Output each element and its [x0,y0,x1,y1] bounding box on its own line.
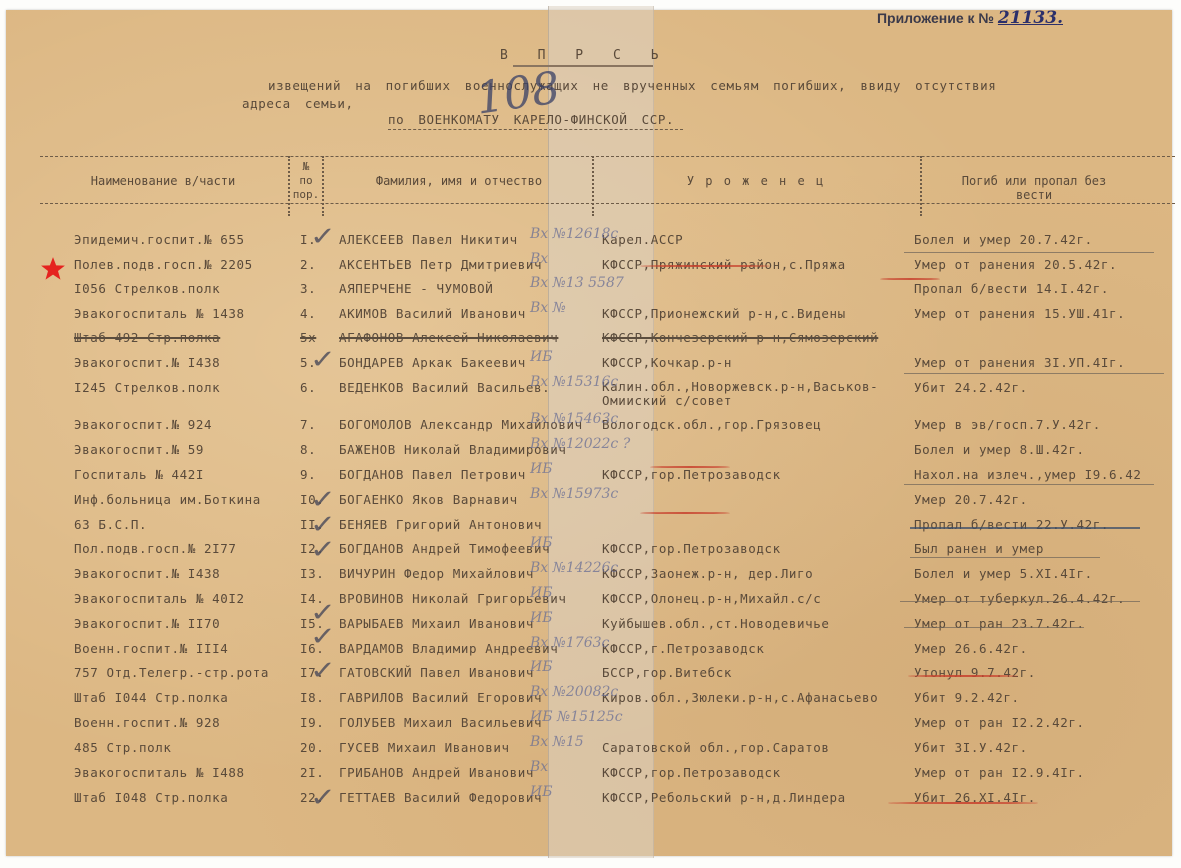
name-cell: ГЕТТАЕВ Василий Федорович [339,790,542,805]
col-divider [920,156,922,216]
fate-cell: Умер от ран I2.9.4Iг. [914,765,1085,780]
red-underline [888,802,1038,804]
number-cell: 9. [300,467,316,482]
pencil-annotation: ИБ [530,349,553,365]
birthplace-cell: Калин.обл.,Новоржевск.р-н,Васьков-Омииск… [602,380,902,408]
name-cell: ГАТОВСКИЙ Павел Иванович [339,665,534,680]
name-cell: АКИМОВ Василий Иванович [339,306,526,321]
birthplace-cell: Куйбышев.обл.,ст.Новодевичье [602,616,830,631]
header-born: У р о ж е н е ц [596,174,916,188]
unit-cell: Госпиталь № 442I [74,467,204,482]
table-row: 63 Б.С.П.II.БЕНЯЕВ Григорий АнтоновичПро… [0,517,1181,541]
unit-cell: Штаб 492 Стр.полка [74,330,220,345]
pencil-annotation: Вх №12618с [530,226,618,242]
stamp-label: Приложение к [877,10,975,26]
birthplace-cell: КФССР,гор.Петрозаводск [602,467,781,482]
table-row: Эвакогоспиталь № 40I2I4.ВРОВИНОВ Николай… [0,591,1181,615]
table-header-rule [40,203,1175,204]
unit-cell: Эвакогоспиталь № I488 [74,765,245,780]
unit-cell: Военн.госпит.№ III4 [74,641,228,656]
unit-cell: Эвакогоспит.№ I438 [74,566,220,581]
birthplace-cell: КФССР,Ребольский р-н,д.Линдера [602,790,846,805]
birthplace-cell: Киров.обл.,Зюлеки.р-н,с.Афанасьево [602,690,878,705]
pencil-annotation: Вх №15463с [530,411,618,427]
unit-cell: I056 Стрелков.полк [74,281,220,296]
unit-cell: Военн.госпит.№ 928 [74,715,220,730]
pencil-annotation: Вх №12022с ? [530,436,630,452]
pencil-annotation: Вх № [530,300,566,316]
birthplace-cell: КФССР,Кончезерский р-н,Сямозерский [602,330,878,345]
name-cell: ГУСЕВ Михаил Иванович [339,740,510,755]
table-row: Военн.госпит.№ III4I6.ВАРДАМОВ Владимир … [0,641,1181,665]
name-cell: БОГДАНОВ Андрей Тимофеевич [339,541,550,556]
fate-cell: Умер 20.7.42г. [914,492,1028,507]
table-row: Эвакогоспит.№ 598.БАЖЕНОВ Николай Владим… [0,442,1181,466]
number-cell: 8. [300,442,316,457]
name-cell: АКСЕНТЬЕВ Петр Дмитриевич [339,257,542,272]
fate-cell: Утонул 9.7.42г. [914,665,1036,680]
stamp-suffix: . [1057,8,1063,28]
birthplace-cell: КФССР,г.Петрозаводск [602,641,765,656]
header-name: Фамилия, имя и отчество [326,174,592,188]
pencil-annotation: ИБ [530,659,553,675]
header-fate-line: вести [924,188,1144,202]
header-unit: Наименование в/части [40,174,286,188]
pencil-underline [904,373,1164,374]
fate-cell: Умер от ран I2.2.42г. [914,715,1085,730]
fate-cell: Болел и умер 5.XI.4Iг. [914,566,1093,581]
unit-cell: Полев.подв.госп.№ 2205 [74,257,253,272]
header-num-line: № [290,160,322,174]
table-row: Эвакогоспиталь № 14384.АКИМОВ Василий Ив… [0,306,1181,330]
number-cell: 6. [300,380,316,395]
pencil-annotation: ИБ [530,610,553,626]
unit-cell: I245 Стрелков.полк [74,380,220,395]
name-cell: ВИЧУРИН Федор Михайлович [339,566,534,581]
unit-cell: Эвакогоспиталь № 1438 [74,306,245,321]
fate-cell: Умер от ран 23.7.42г. [914,616,1085,631]
table-row: I056 Стрелков.полк3.АЯПЕРЧЕНЕ - ЧУМОВОЙП… [0,281,1181,305]
stamp-number-prefix: № [978,10,994,26]
pencil-annotation: Вх №13 5587 [530,275,624,291]
name-cell: БОГДАНОВ Павел Петрович [339,467,526,482]
name-cell: ГРИБАНОВ Андрей Иванович [339,765,534,780]
pencil-annotation: ИБ [530,535,553,551]
table-top-rule [40,156,1175,157]
name-cell: БЕНЯЕВ Григорий Антонович [339,517,542,532]
fate-cell: Пропал б/вести 14.I.42г. [914,281,1109,296]
number-cell: 4. [300,306,316,321]
blue-underline [910,527,1140,529]
unit-cell: Инф.больница им.Боткина [74,492,261,507]
pencil-underline [904,627,1084,628]
pencil-annotation: Вх №20082с [530,684,618,700]
pencil-annotation: ИБ [530,461,553,477]
checkmark-icon: ✓ [310,622,336,652]
name-cell: БОНДАРЕВ Аркак Бакеевич [339,355,526,370]
name-cell: АЛЕКСЕЕВ Павел Никитич [339,232,518,247]
name-cell: АЯПЕРЧЕНЕ - ЧУМОВОЙ [339,281,493,296]
header-fate-line: Погиб или пропал без [924,174,1144,188]
fate-cell: Умер 26.6.42г. [914,641,1028,656]
birthplace-cell: КФССР,гор.Петрозаводск [602,541,781,556]
fate-cell: Болел и умер 8.Ш.42г. [914,442,1085,457]
pencil-annotation: Вх [530,251,548,267]
name-cell: ВАРДАМОВ Владимир Андреевич [339,641,558,656]
checkmark-icon: ✓ [310,783,336,813]
name-cell: БОГАЕНКО Яков Варнавич [339,492,518,507]
fate-cell: Умер от ранения 3I.УП.4Iг. [914,355,1125,370]
number-cell: I3. [300,566,324,581]
pencil-underline [904,484,1154,485]
subtitle-underline [388,129,683,130]
checkmark-icon: ✓ [310,656,336,686]
table-row: Военн.госпит.№ 928I9.ГОЛУБЕВ Михаил Васи… [0,715,1181,739]
table-row: I245 Стрелков.полк6.ВЕДЕНКОВ Василий Вас… [0,380,1181,404]
unit-cell: Штаб I044 Стр.полка [74,690,228,705]
fate-cell: Был ранен и умер [914,541,1044,556]
number-cell: 20. [300,740,324,755]
name-cell: ГОЛУБЕВ Михаил Васильевич [339,715,542,730]
unit-cell: Эпидемич.госпит.№ 655 [74,232,245,247]
fate-cell: Умер от туберкул.26.4.42г. [914,591,1125,606]
unit-cell: Эвакогоспит.№ 924 [74,417,212,432]
fate-cell: Пропал б/вести 22.У.42г. [914,517,1109,532]
fate-cell: Убит 24.2.42г. [914,380,1028,395]
unit-cell: Эвакогоспит.№ II70 [74,616,220,631]
number-cell: 2I. [300,765,324,780]
pencil-annotation: Вх №15316с [530,374,618,390]
checkmark-icon: ✓ [310,222,336,252]
unit-cell: Эвакогоспиталь № 40I2 [74,591,245,606]
appendix-stamp: Приложение к № 21133. [877,8,1063,28]
checkmark-icon: ✓ [310,345,336,375]
fate-cell: Убит 3I.У.42г. [914,740,1028,755]
red-underline [880,278,940,280]
birthplace-cell: Вологодск.обл.,гор.Грязовец [602,417,821,432]
name-cell: АГАФОНОВ Алексей Николаевич [339,330,558,345]
number-cell: 5х [300,330,316,345]
pencil-annotation: ИБ №15125с [530,709,623,725]
header-fate: Погиб или пропал без вести [924,174,1144,202]
fate-cell: Болел и умер 20.7.42г. [914,232,1093,247]
pencil-annotation: Вх №1763с [530,635,609,651]
table-row: Штаб 492 Стр.полка5хАГАФОНОВ Алексей Ник… [0,330,1181,354]
pencil-underline [910,557,1100,558]
pencil-underline [904,252,1154,253]
table-row: Эвакогоспит.№ I438I3.ВИЧУРИН Федор Михай… [0,566,1181,590]
pencil-annotation: Вх №15 [530,734,584,750]
subtitle-line-2: адреса семьи, [242,96,354,111]
fate-cell: Умер от ранения 20.5.42г. [914,257,1117,272]
birthplace-cell: БССР,гор.Витебск [602,665,732,680]
pencil-annotation: Вх №14226с [530,560,618,576]
document-title: В П Р С Ь [500,48,669,63]
number-cell: I8. [300,690,324,705]
table-row: Эвакогоспиталь № I4882I.ГРИБАНОВ Андрей … [0,765,1181,789]
fate-cell: Убит 9.2.42г. [914,690,1020,705]
unit-cell: Пол.подв.госп.№ 2I77 [74,541,237,556]
pencil-annotation: ИБ [530,784,553,800]
table-row: Инф.больница им.БоткинаI0.БОГАЕНКО Яков … [0,492,1181,516]
fate-cell: Нахол.на излеч.,умер I9.6.42 [914,467,1142,482]
red-underline [908,675,1018,677]
birthplace-cell: КФССР,Олонец.р-н,Михайл.с/с [602,591,821,606]
pencil-annotation: Вх [530,759,548,775]
table-row: 485 Стр.полк20.ГУСЕВ Михаил ИвановичСара… [0,740,1181,764]
birthplace-cell: КФССР,Заонеж.р-н, дер.Лиго [602,566,813,581]
unit-cell: Эвакогоспит.№ 59 [74,442,204,457]
header-num-line: пор. [290,188,322,202]
red-underline [640,265,770,267]
header-num-line: по [290,174,322,188]
fate-cell: Умер от ранения 15.УШ.41г. [914,306,1125,321]
checkmark-icon: ✓ [310,535,336,565]
red-underline [650,466,730,468]
unit-cell: Штаб I048 Стр.полка [74,790,228,805]
subtitle-line-1: извещений на погибших военнослужащих не … [268,78,996,93]
birthplace-cell: КФССР,Прионежский р-н,с.Видены [602,306,846,321]
number-cell: I9. [300,715,324,730]
unit-cell: Эвакогоспит.№ I438 [74,355,220,370]
number-cell: 3. [300,281,316,296]
number-cell: 7. [300,417,316,432]
pencil-annotation: Вх №15973с [530,486,618,502]
red-underline [640,512,730,514]
name-cell: ВЕДЕНКОВ Василий Васильев. [339,380,550,395]
col-divider [592,156,594,216]
fate-cell: Умер в эв/госп.7.У.42г. [914,417,1101,432]
birthplace-cell: КФССР,гор.Петрозаводск [602,765,781,780]
birthplace-cell: КФССР,Кочкар.р-н [602,355,732,370]
number-cell: 2. [300,257,316,272]
col-divider [322,156,324,216]
name-cell: ВАРЫБАЕВ Михаил Иванович [339,616,534,631]
pencil-underline [900,601,1140,602]
birthplace-cell: Саратовской обл.,гор.Саратов [602,740,830,755]
stamp-handwritten-number: 21133 [998,8,1057,28]
header-num: № по пор. [290,160,322,202]
unit-cell: 757 Отд.Телегр.-стр.рота [74,665,269,680]
pencil-annotation: ИБ [530,585,553,601]
unit-cell: 485 Стр.полк [74,740,172,755]
name-cell: ГАВРИЛОВ Василий Егорович [339,690,542,705]
unit-cell: 63 Б.С.П. [74,517,147,532]
